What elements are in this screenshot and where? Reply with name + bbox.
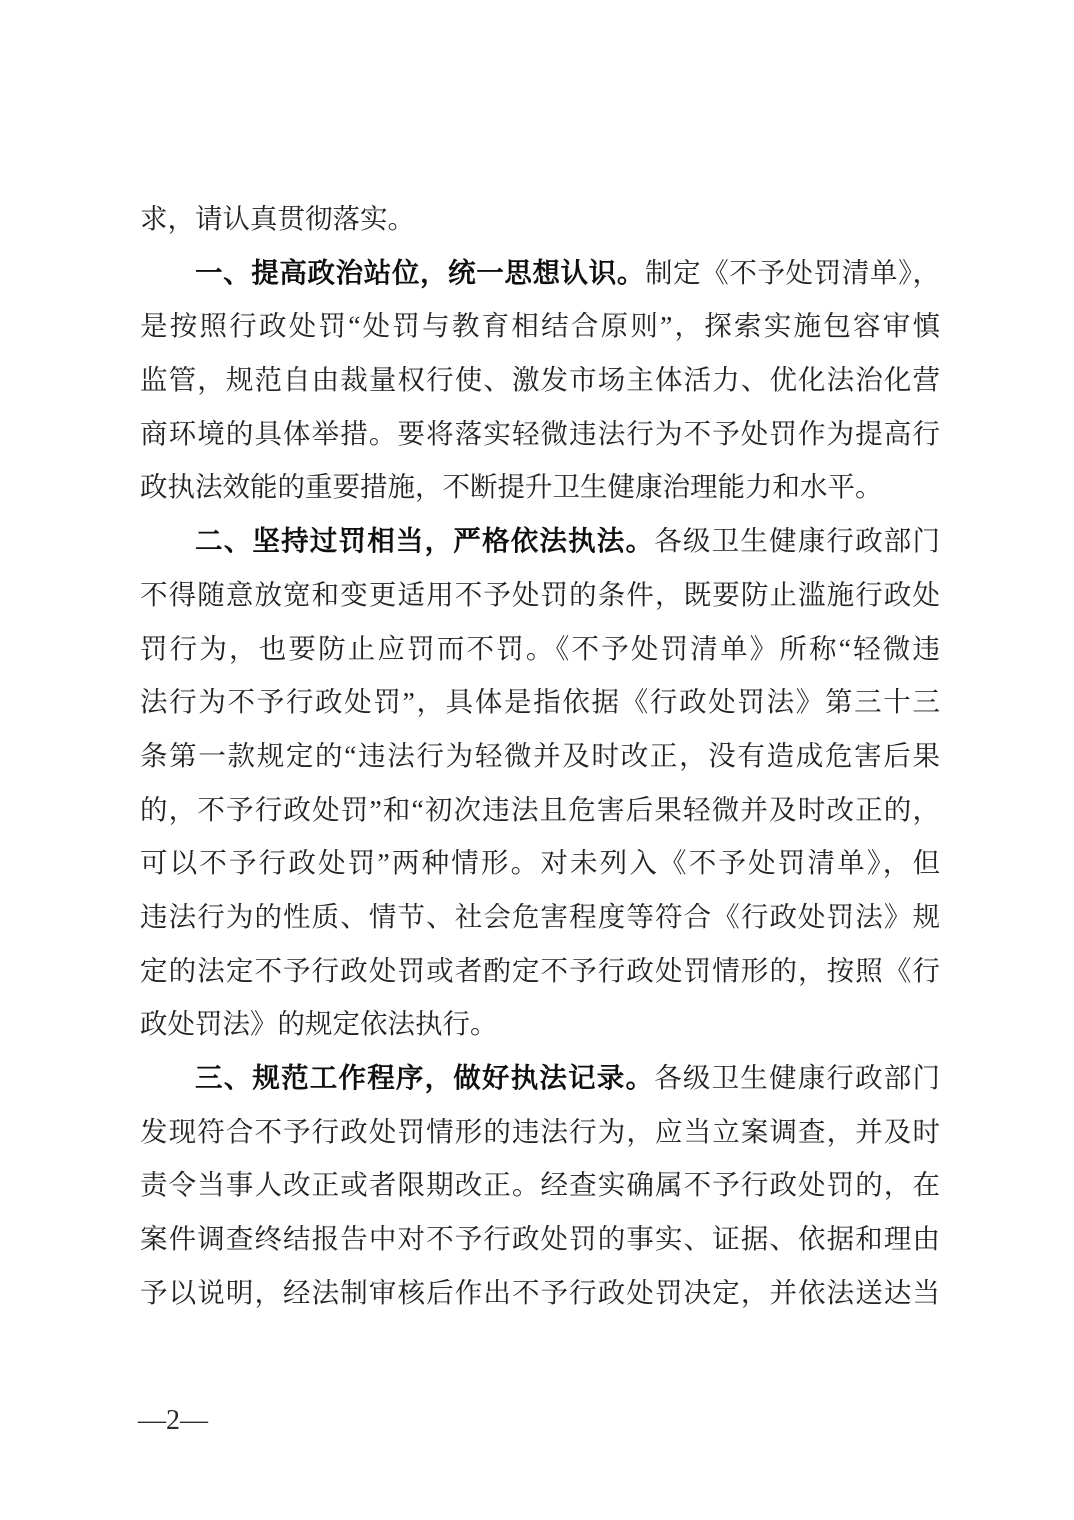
text-line: 定的法定不予行政处罚或者酌定不予行政处罚情形的，按照《行	[140, 944, 940, 998]
body-text: 各级卫生健康行政部门	[654, 525, 940, 556]
body-text: 条第一款规定的“违法行为轻微并及时改正，没有造成危害后果	[140, 740, 940, 771]
text-line: 违法行为的性质、情节、社会危害程度等符合《行政处罚法》规	[140, 890, 940, 944]
body-text: 责令当事人改正或者限期改正。经查实确属不予行政处罚的，在	[140, 1169, 940, 1200]
text-line: 二、坚持过罚相当，严格依法执法。各级卫生健康行政部门	[140, 514, 940, 568]
body-text: 商环境的具体举措。要将落实轻微违法行为不予处罚作为提高行	[140, 418, 940, 449]
section-heading-text: 一、提高政治站位，统一思想认识。	[195, 257, 645, 288]
text-line: 责令当事人改正或者限期改正。经查实确属不予行政处罚的，在	[140, 1158, 940, 1212]
document-body: 求，请认真贯彻落实。一、提高政治站位，统一思想认识。制定《不予处罚清单》，是按照…	[140, 192, 940, 1319]
section-heading-text: 二、坚持过罚相当，严格依法执法。	[195, 525, 654, 556]
text-line: 罚行为，也要防止应罚而不罚。《不予处罚清单》所称“轻微违	[140, 622, 940, 676]
text-line: 求，请认真贯彻落实。	[140, 192, 940, 246]
text-line: 政处罚法》的规定依法执行。	[140, 997, 940, 1051]
body-text: 发现符合不予行政处罚情形的违法行为，应当立案调查，并及时	[140, 1116, 940, 1147]
text-line: 商环境的具体举措。要将落实轻微违法行为不予处罚作为提高行	[140, 407, 940, 461]
text-line: 监管，规范自由裁量权行使、激发市场主体活力、优化法治化营	[140, 353, 940, 407]
body-text: 案件调查终结报告中对不予行政处罚的事实、证据、依据和理由	[140, 1223, 940, 1254]
section-heading-text: 三、规范工作程序，做好执法记录。	[195, 1062, 654, 1093]
text-line: 的，不予行政处罚”和“初次违法且危害后果轻微并及时改正的，	[140, 783, 940, 837]
text-line: 可以不予行政处罚”两种情形。对未列入《不予处罚清单》，但	[140, 836, 940, 890]
text-line: 政执法效能的重要措施，不断提升卫生健康治理能力和水平。	[140, 460, 940, 514]
body-text: 违法行为的性质、情节、社会危害程度等符合《行政处罚法》规	[140, 901, 940, 932]
body-text: 政执法效能的重要措施，不断提升卫生健康治理能力和水平。	[140, 471, 883, 502]
document-page: 求，请认真贯彻落实。一、提高政治站位，统一思想认识。制定《不予处罚清单》，是按照…	[0, 0, 1074, 1520]
body-text: 予以说明，经法制审核后作出不予行政处罚决定，并依法送达当	[140, 1277, 940, 1308]
body-text: 是按照行政处罚“处罚与教育相结合原则”，探索实施包容审慎	[140, 310, 940, 341]
body-text: 各级卫生健康行政部门	[654, 1062, 940, 1093]
text-line: 案件调查终结报告中对不予行政处罚的事实、证据、依据和理由	[140, 1212, 940, 1266]
body-text: 政处罚法》的规定依法执行。	[140, 1008, 498, 1039]
text-line: 发现符合不予行政处罚情形的违法行为，应当立案调查，并及时	[140, 1105, 940, 1159]
text-line: 一、提高政治站位，统一思想认识。制定《不予处罚清单》，	[140, 246, 940, 300]
body-text: 不得随意放宽和变更适用不予处罚的条件，既要防止滥施行政处	[140, 579, 940, 610]
body-text: 求，请认真贯彻落实。	[140, 203, 415, 234]
page-number: —2—	[138, 1404, 208, 1438]
text-line: 法行为不予行政处罚”，具体是指依据《行政处罚法》第三十三	[140, 675, 940, 729]
text-line: 是按照行政处罚“处罚与教育相结合原则”，探索实施包容审慎	[140, 299, 940, 353]
body-text: 的，不予行政处罚”和“初次违法且危害后果轻微并及时改正的，	[140, 794, 940, 825]
body-text: 可以不予行政处罚”两种情形。对未列入《不予处罚清单》，但	[140, 847, 940, 878]
text-line: 三、规范工作程序，做好执法记录。各级卫生健康行政部门	[140, 1051, 940, 1105]
body-text: 制定《不予处罚清单》，	[645, 257, 940, 288]
body-text: 监管，规范自由裁量权行使、激发市场主体活力、优化法治化营	[140, 364, 940, 395]
body-text: 定的法定不予行政处罚或者酌定不予行政处罚情形的，按照《行	[140, 955, 940, 986]
text-line: 予以说明，经法制审核后作出不予行政处罚决定，并依法送达当	[140, 1266, 940, 1320]
body-text: 法行为不予行政处罚”，具体是指依据《行政处罚法》第三十三	[140, 686, 940, 717]
text-line: 条第一款规定的“违法行为轻微并及时改正，没有造成危害后果	[140, 729, 940, 783]
body-text: 罚行为，也要防止应罚而不罚。《不予处罚清单》所称“轻微违	[140, 633, 940, 664]
text-line: 不得随意放宽和变更适用不予处罚的条件，既要防止滥施行政处	[140, 568, 940, 622]
